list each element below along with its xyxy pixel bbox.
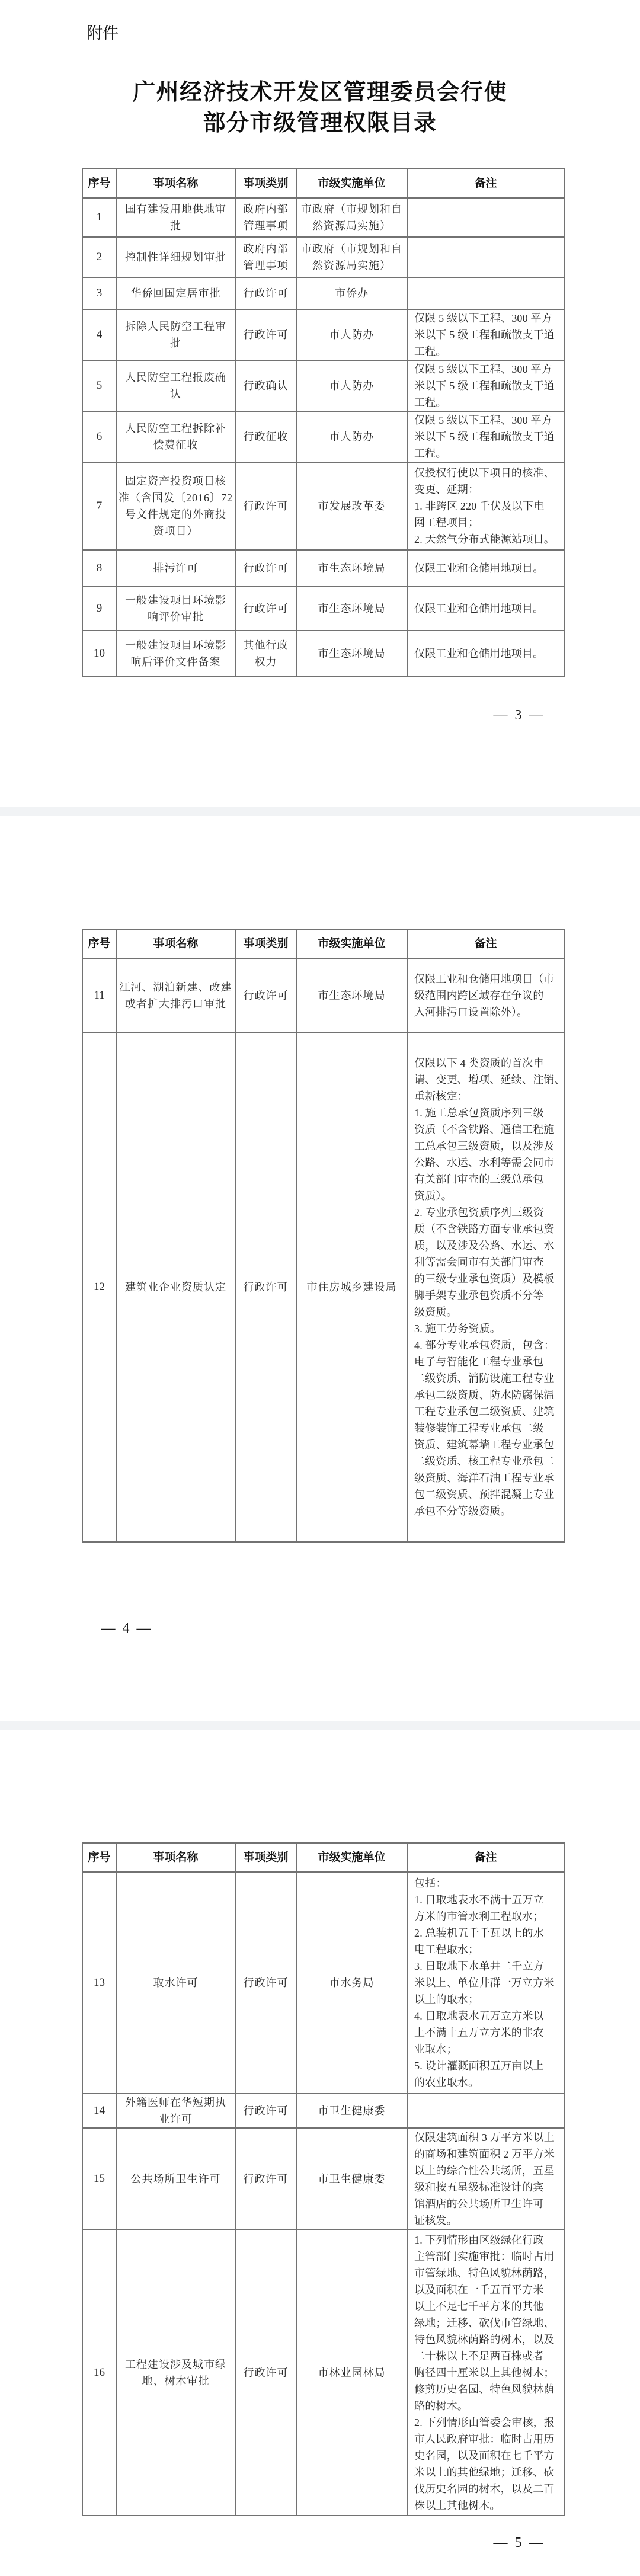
cell-item-name: 控制性详细规划审批 — [116, 237, 235, 277]
document-page-3: 序号 事项名称 事项类别 市级实施单位 备注 13 取水许可 行政许可 市水务局… — [0, 1730, 640, 2576]
cell-implementing-unit: 市人防办 — [296, 309, 407, 360]
page-separator — [0, 1721, 640, 1730]
header-item-name: 事项名称 — [116, 169, 235, 198]
cell-implementing-unit: 市政府（市规划和自 然资源局实施） — [296, 198, 407, 237]
cell-item-name: 固定资产投资项目核 准（含国发〔2016〕72 号文件规定的外商投 资项目） — [116, 462, 235, 550]
cell-item-name: 公共场所卫生许可 — [116, 2128, 235, 2229]
cell-remark: 仅限建筑面积 3 万平方米以上 的商场和建筑面积 2 万平方米 以上的综合性公共… — [407, 2128, 564, 2229]
cell-no: 3 — [82, 277, 116, 309]
cell-remark: 仅限 5 级以下工程、300 平方 米以下 5 级工程和疏散支干道 工程。 — [407, 309, 564, 360]
header-implementing-unit: 市级实施单位 — [296, 169, 407, 198]
header-no: 序号 — [82, 929, 116, 959]
cell-remark: 仅限 5 级以下工程、300 平方 米以下 5 级工程和疏散支干道 工程。 — [407, 411, 564, 462]
cell-item-category: 行政许可 — [235, 959, 296, 1032]
cell-implementing-unit: 市生态环境局 — [296, 587, 407, 631]
document-title: 广州经济技术开发区管理委员会行使 部分市级管理权限目录 — [0, 77, 640, 139]
cell-item-category: 政府内部 管理事项 — [235, 237, 296, 277]
table-row: 9 一般建设项目环境影 响评价审批 行政许可 市生态环境局 仅限工业和仓储用地项… — [82, 587, 564, 631]
cell-item-name: 人民防空工程报废确 认 — [116, 360, 235, 411]
authority-table-page-1: 序号 事项名称 事项类别 市级实施单位 备注 1 国有建设用地供地审 批 政府内… — [82, 168, 565, 677]
cell-remark: 仅限工业和仓储用地项目。 — [407, 587, 564, 631]
cell-item-category: 行政确认 — [235, 360, 296, 411]
cell-item-category: 行政许可 — [235, 2229, 296, 2516]
table-row: 10 一般建设项目环境影 响后评价文件备案 其他行政 权力 市生态环境局 仅限工… — [82, 631, 564, 677]
document-page-1: 附件 广州经济技术开发区管理委员会行使 部分市级管理权限目录 序号 事项名称 事… — [0, 0, 640, 807]
cell-item-category: 行政许可 — [235, 2094, 296, 2128]
cell-remark: 仅限工业和仓储用地项目（市 级范围内跨区域存在争议的 入河排污口设置除外）。 — [407, 959, 564, 1032]
cell-no: 4 — [82, 309, 116, 360]
cell-no: 9 — [82, 587, 116, 631]
authority-table-page-3: 序号 事项名称 事项类别 市级实施单位 备注 13 取水许可 行政许可 市水务局… — [82, 1842, 565, 2516]
cell-implementing-unit: 市生态环境局 — [296, 550, 407, 587]
cell-item-name: 华侨回国定居审批 — [116, 277, 235, 309]
cell-item-name: 人民防空工程拆除补 偿费征收 — [116, 411, 235, 462]
header-no: 序号 — [82, 169, 116, 198]
cell-item-name: 拆除人民防空工程审 批 — [116, 309, 235, 360]
cell-remark — [407, 237, 564, 277]
cell-no: 14 — [82, 2094, 116, 2128]
document-title-line-2: 部分市级管理权限目录 — [0, 108, 640, 139]
cell-implementing-unit: 市卫生健康委 — [296, 2094, 407, 2128]
cell-item-name: 取水许可 — [116, 1872, 235, 2094]
cell-implementing-unit: 市住房城乡建设局 — [296, 1032, 407, 1542]
table-row: 14 外籍医师在华短期执 业许可 行政许可 市卫生健康委 — [82, 2094, 564, 2128]
cell-item-name: 外籍医师在华短期执 业许可 — [116, 2094, 235, 2128]
cell-item-name: 江河、湖泊新建、改建 或者扩大排污口审批 — [116, 959, 235, 1032]
cell-item-category: 行政征收 — [235, 411, 296, 462]
cell-item-name: 工程建设涉及城市绿 地、树木审批 — [116, 2229, 235, 2516]
header-item-category: 事项类别 — [235, 1843, 296, 1872]
page-number: — 5 — — [460, 2534, 578, 2552]
cell-item-name: 建筑业企业资质认定 — [116, 1032, 235, 1542]
cell-item-category: 行政许可 — [235, 550, 296, 587]
cell-item-category: 行政许可 — [235, 277, 296, 309]
cell-item-name: 国有建设用地供地审 批 — [116, 198, 235, 237]
table-row: 12 建筑业企业资质认定 行政许可 市住房城乡建设局 仅限以下 4 类资质的首次… — [82, 1032, 564, 1542]
cell-implementing-unit: 市政府（市规划和自 然资源局实施） — [296, 237, 407, 277]
cell-no: 10 — [82, 631, 116, 677]
cell-implementing-unit: 市生态环境局 — [296, 631, 407, 677]
cell-implementing-unit: 市侨办 — [296, 277, 407, 309]
table-row: 15 公共场所卫生许可 行政许可 市卫生健康委 仅限建筑面积 3 万平方米以上 … — [82, 2128, 564, 2229]
cell-no: 2 — [82, 237, 116, 277]
cell-item-name: 一般建设项目环境影 响后评价文件备案 — [116, 631, 235, 677]
header-remark: 备注 — [407, 1843, 564, 1872]
header-item-name: 事项名称 — [116, 929, 235, 959]
cell-remark: 1. 下列情形由区级绿化行政 主管部门实施审批：临时占用 市管绿地、特色风貌林荫… — [407, 2229, 564, 2516]
table-header-row: 序号 事项名称 事项类别 市级实施单位 备注 — [82, 169, 564, 198]
cell-item-category: 行政许可 — [235, 2128, 296, 2229]
cell-item-category: 行政许可 — [235, 587, 296, 631]
cell-no: 6 — [82, 411, 116, 462]
cell-item-category: 政府内部 管理事项 — [235, 198, 296, 237]
document-page-2: 序号 事项名称 事项类别 市级实施单位 备注 11 江河、湖泊新建、改建 或者扩… — [0, 816, 640, 1721]
authority-table-page-2: 序号 事项名称 事项类别 市级实施单位 备注 11 江河、湖泊新建、改建 或者扩… — [82, 929, 565, 1543]
cell-no: 16 — [82, 2229, 116, 2516]
cell-remark: 仅限工业和仓储用地项目。 — [407, 550, 564, 587]
cell-item-category: 行政许可 — [235, 309, 296, 360]
page-separator — [0, 807, 640, 816]
document-title-line-1: 广州经济技术开发区管理委员会行使 — [0, 77, 640, 108]
table-row: 4 拆除人民防空工程审 批 行政许可 市人防办 仅限 5 级以下工程、300 平… — [82, 309, 564, 360]
cell-implementing-unit: 市生态环境局 — [296, 959, 407, 1032]
cell-remark — [407, 198, 564, 237]
header-remark: 备注 — [407, 929, 564, 959]
cell-implementing-unit: 市人防办 — [296, 411, 407, 462]
cell-implementing-unit: 市人防办 — [296, 360, 407, 411]
table-row: 6 人民防空工程拆除补 偿费征收 行政征收 市人防办 仅限 5 级以下工程、30… — [82, 411, 564, 462]
table-header-row: 序号 事项名称 事项类别 市级实施单位 备注 — [82, 1843, 564, 1872]
cell-remark: 包括： 1. 日取地表水不满十五万立 方米的市管水利工程取水； 2. 总装机五千… — [407, 1872, 564, 2094]
cell-implementing-unit: 市发展改革委 — [296, 462, 407, 550]
table-row: 8 排污许可 行政许可 市生态环境局 仅限工业和仓储用地项目。 — [82, 550, 564, 587]
header-item-name: 事项名称 — [116, 1843, 235, 1872]
page-number: — 4 — — [68, 1620, 186, 1637]
cell-remark — [407, 2094, 564, 2128]
cell-remark — [407, 277, 564, 309]
cell-no: 1 — [82, 198, 116, 237]
table-row: 2 控制性详细规划审批 政府内部 管理事项 市政府（市规划和自 然资源局实施） — [82, 237, 564, 277]
cell-item-category: 行政许可 — [235, 1872, 296, 2094]
table-header-row: 序号 事项名称 事项类别 市级实施单位 备注 — [82, 929, 564, 959]
cell-no: 5 — [82, 360, 116, 411]
page-number: — 3 — — [460, 706, 578, 724]
cell-no: 11 — [82, 959, 116, 1032]
cell-no: 12 — [82, 1032, 116, 1542]
table-row: 5 人民防空工程报废确 认 行政确认 市人防办 仅限 5 级以下工程、300 平… — [82, 360, 564, 411]
cell-remark: 仅限 5 级以下工程、300 平方 米以下 5 级工程和疏散支干道 工程。 — [407, 360, 564, 411]
table-row: 13 取水许可 行政许可 市水务局 包括： 1. 日取地表水不满十五万立 方米的… — [82, 1872, 564, 2094]
cell-no: 8 — [82, 550, 116, 587]
table-row: 16 工程建设涉及城市绿 地、树木审批 行政许可 市林业园林局 1. 下列情形由… — [82, 2229, 564, 2516]
cell-item-name: 一般建设项目环境影 响评价审批 — [116, 587, 235, 631]
cell-remark: 仅限工业和仓储用地项目。 — [407, 631, 564, 677]
cell-implementing-unit: 市卫生健康委 — [296, 2128, 407, 2229]
cell-no: 15 — [82, 2128, 116, 2229]
table-row: 1 国有建设用地供地审 批 政府内部 管理事项 市政府（市规划和自 然资源局实施… — [82, 198, 564, 237]
cell-no: 13 — [82, 1872, 116, 2094]
cell-item-category: 行政许可 — [235, 1032, 296, 1542]
cell-item-name: 排污许可 — [116, 550, 235, 587]
table-row: 11 江河、湖泊新建、改建 或者扩大排污口审批 行政许可 市生态环境局 仅限工业… — [82, 959, 564, 1032]
header-implementing-unit: 市级实施单位 — [296, 1843, 407, 1872]
header-item-category: 事项类别 — [235, 169, 296, 198]
cell-no: 7 — [82, 462, 116, 550]
header-implementing-unit: 市级实施单位 — [296, 929, 407, 959]
header-item-category: 事项类别 — [235, 929, 296, 959]
table-row: 7 固定资产投资项目核 准（含国发〔2016〕72 号文件规定的外商投 资项目）… — [82, 462, 564, 550]
attachment-label: 附件 — [87, 25, 119, 41]
cell-item-category: 行政许可 — [235, 462, 296, 550]
cell-remark: 仅限以下 4 类资质的首次申 请、变更、增项、延续、注销、 重新核定： 1. 施… — [407, 1032, 564, 1542]
cell-implementing-unit: 市林业园林局 — [296, 2229, 407, 2516]
cell-remark: 仅授权行使以下项目的核准、 变更、延期： 1. 非跨区 220 千伏及以下电 网… — [407, 462, 564, 550]
table-row: 3 华侨回国定居审批 行政许可 市侨办 — [82, 277, 564, 309]
cell-item-category: 其他行政 权力 — [235, 631, 296, 677]
header-remark: 备注 — [407, 169, 564, 198]
cell-implementing-unit: 市水务局 — [296, 1872, 407, 2094]
header-no: 序号 — [82, 1843, 116, 1872]
